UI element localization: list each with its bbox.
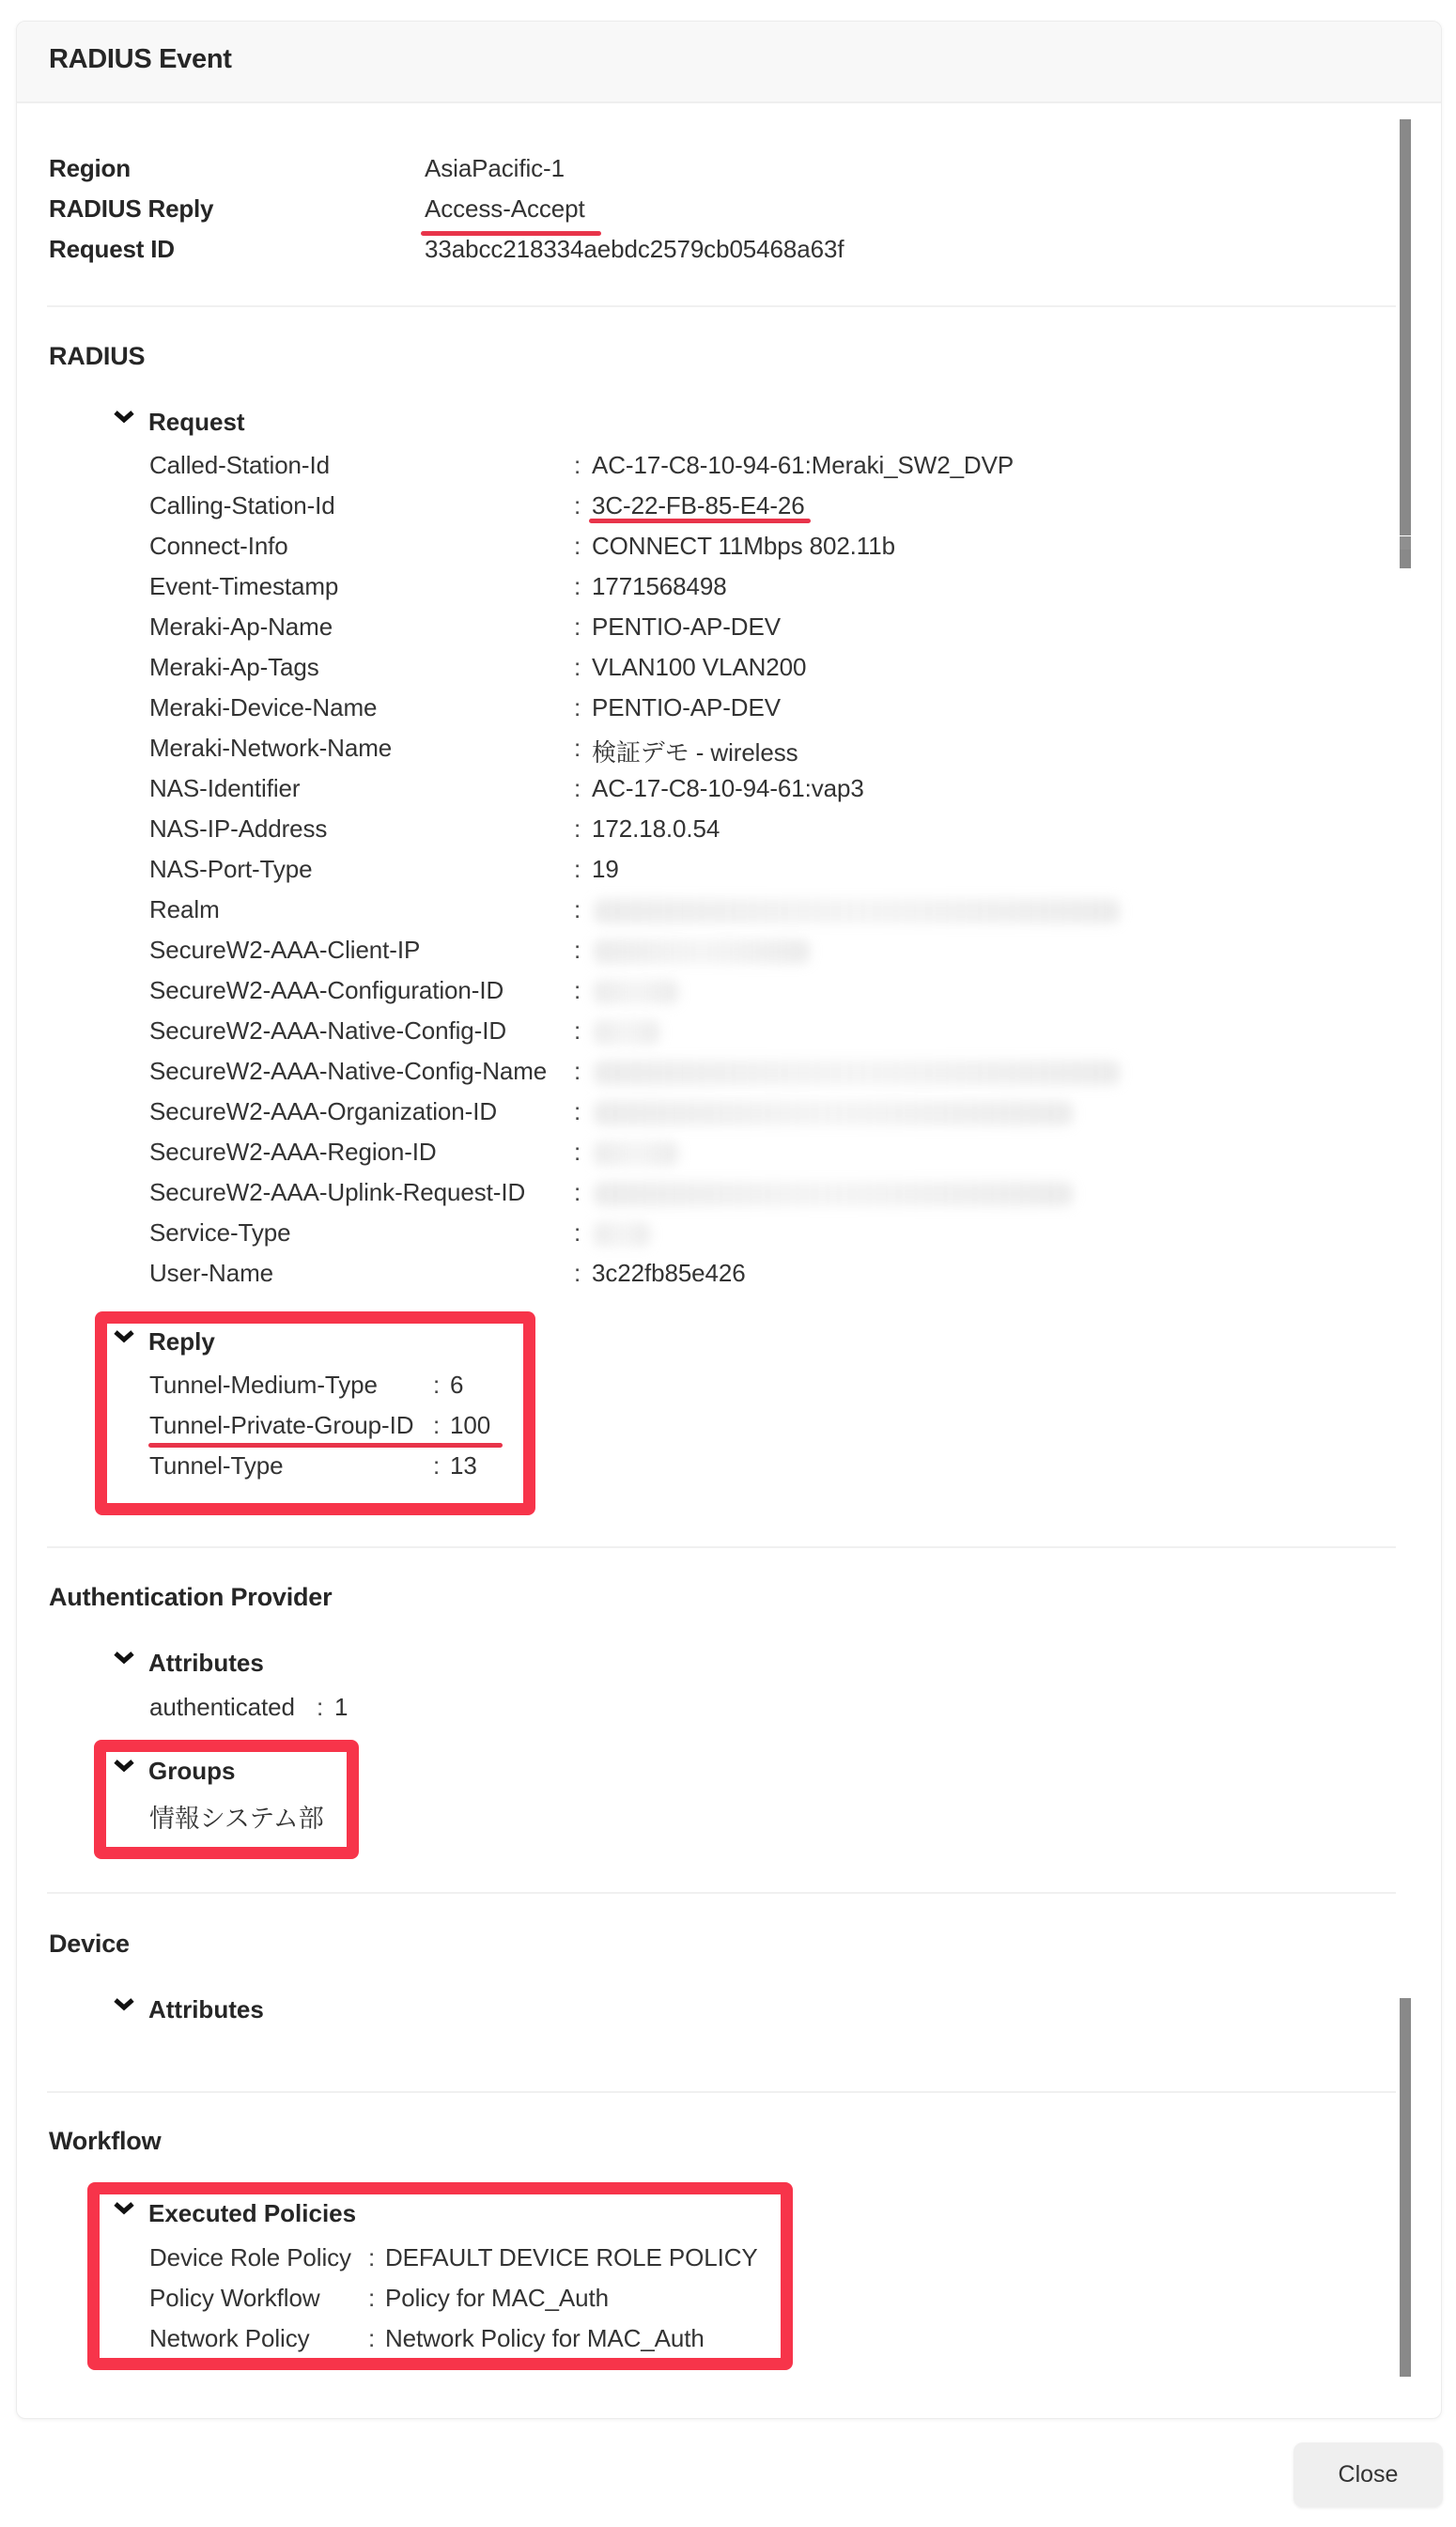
attr-separator: : <box>368 2324 375 2353</box>
request-attr-name: Service-Type <box>149 1218 291 1248</box>
chevron-down-icon[interactable] <box>113 1651 135 1666</box>
request-attr-name: SecureW2-AAA-Region-ID <box>149 1138 437 1167</box>
attr-separator: : <box>574 895 581 924</box>
group-toggle-groups[interactable]: Groups <box>148 1757 235 1786</box>
attr-separator: : <box>574 814 581 844</box>
request-attr-name: SecureW2-AAA-Organization-ID <box>149 1097 497 1126</box>
attr-name-authenticated: authenticated <box>149 1693 295 1722</box>
attr-separator: : <box>574 451 581 480</box>
dialog-title: RADIUS Event <box>49 44 232 75</box>
request-attr-value: 3C-22-FB-85-E4-26 <box>592 491 805 520</box>
request-attr-name: Calling-Station-Id <box>149 491 335 520</box>
highlight-underline-tunnel-private-group-id <box>148 1443 503 1448</box>
redacted-value <box>594 1141 678 1166</box>
section-divider <box>47 1546 1396 1548</box>
redacted-value <box>594 1182 1073 1206</box>
attr-separator: : <box>574 734 581 763</box>
request-attr-name: Meraki-Device-Name <box>149 693 377 722</box>
request-attr-value: VLAN100 VLAN200 <box>592 653 806 682</box>
attr-separator: : <box>574 774 581 803</box>
attr-separator: : <box>433 1411 440 1440</box>
summary-value-request-id: 33abcc218334aebdc2579cb05468a63f <box>425 235 844 264</box>
request-attr-name: NAS-IP-Address <box>149 814 327 844</box>
attr-separator: : <box>574 1138 581 1167</box>
chevron-down-icon[interactable] <box>113 410 135 425</box>
group-toggle-device-attributes[interactable]: Attributes <box>148 1995 264 2024</box>
request-attr-value: 172.18.0.54 <box>592 814 720 844</box>
reply-attr-value: 13 <box>450 1451 477 1481</box>
reply-attr-value: 100 <box>450 1411 490 1440</box>
attr-separator: : <box>368 2284 375 2313</box>
request-attr-name: SecureW2-AAA-Client-IP <box>149 936 420 965</box>
reply-attr-value: 6 <box>450 1371 463 1400</box>
attr-separator: : <box>574 1016 581 1046</box>
redacted-value <box>594 1020 659 1045</box>
group-toggle-reply[interactable]: Reply <box>148 1327 215 1357</box>
group-toggle-auth-attributes[interactable]: Attributes <box>148 1649 264 1678</box>
reply-attr-name: Tunnel-Type <box>149 1451 283 1481</box>
policy-name: Network Policy <box>149 2324 310 2353</box>
attr-separator: : <box>317 1693 323 1722</box>
reply-attr-name: Tunnel-Medium-Type <box>149 1371 378 1400</box>
redacted-value <box>594 980 678 1004</box>
chevron-down-icon[interactable] <box>113 1329 135 1344</box>
group-item: 情報システム部 <box>149 1798 324 1835</box>
attr-separator: : <box>574 532 581 561</box>
redacted-value <box>594 1101 1073 1125</box>
chevron-down-icon[interactable] <box>113 1759 135 1774</box>
request-attr-name: Realm <box>149 895 220 924</box>
request-attr-name: Meraki-Ap-Tags <box>149 653 319 682</box>
group-toggle-executed-policies[interactable]: Executed Policies <box>148 2199 356 2228</box>
summary-label-request-id: Request ID <box>49 235 175 264</box>
summary-value-radius-reply: Access-Accept <box>425 194 585 224</box>
scrollbar-thumb[interactable] <box>1400 119 1411 535</box>
policy-value: Network Policy for MAC_Auth <box>385 2324 705 2353</box>
attr-separator: : <box>574 855 581 884</box>
attr-separator: : <box>433 1371 440 1400</box>
request-attr-value: CONNECT 11Mbps 802.11b <box>592 532 895 561</box>
attr-separator: : <box>574 1178 581 1207</box>
attr-separator: : <box>574 1218 581 1248</box>
redacted-value <box>594 939 810 964</box>
policy-name: Policy Workflow <box>149 2284 320 2313</box>
request-attr-name: SecureW2-AAA-Native-Config-ID <box>149 1016 506 1046</box>
request-attr-name: SecureW2-AAA-Uplink-Request-ID <box>149 1178 525 1207</box>
reply-attr-name: Tunnel-Private-Group-ID <box>149 1411 413 1440</box>
request-attr-value: 3c22fb85e426 <box>592 1259 746 1288</box>
attr-separator: : <box>574 491 581 520</box>
section-title-device: Device <box>49 1930 130 1959</box>
attr-separator: : <box>574 612 581 642</box>
attr-value-authenticated: 1 <box>334 1693 348 1722</box>
scrollbar-thumb[interactable] <box>1400 1998 1411 2377</box>
attr-separator: : <box>574 693 581 722</box>
request-attr-name: SecureW2-AAA-Configuration-ID <box>149 976 503 1005</box>
attr-separator: : <box>574 1057 581 1086</box>
section-title-radius: RADIUS <box>49 342 145 371</box>
request-attr-name: Meraki-Ap-Name <box>149 612 333 642</box>
section-title-authentication-provider: Authentication Provider <box>49 1583 332 1612</box>
dialog-header: RADIUS Event <box>17 22 1441 103</box>
request-attr-value: AC-17-C8-10-94-61:vap3 <box>592 774 864 803</box>
request-attr-name: NAS-Port-Type <box>149 855 313 884</box>
redacted-value <box>594 1061 1120 1085</box>
section-divider <box>47 1892 1396 1894</box>
section-divider <box>47 305 1396 307</box>
attr-separator: : <box>574 976 581 1005</box>
request-attr-value: PENTIO-AP-DEV <box>592 612 781 642</box>
section-divider <box>47 2091 1396 2093</box>
request-attr-name: User-Name <box>149 1259 273 1288</box>
request-attr-name: Called-Station-Id <box>149 451 330 480</box>
chevron-down-icon[interactable] <box>113 1997 135 2012</box>
request-attr-value: AC-17-C8-10-94-61:Meraki_SW2_DVP <box>592 451 1014 480</box>
attr-separator: : <box>433 1451 440 1481</box>
request-attr-name: Event-Timestamp <box>149 572 338 601</box>
attr-separator: : <box>574 1097 581 1126</box>
policy-value: DEFAULT DEVICE ROLE POLICY <box>385 2243 758 2272</box>
policy-name: Device Role Policy <box>149 2243 351 2272</box>
summary-label-radius-reply: RADIUS Reply <box>49 194 213 224</box>
policy-value: Policy for MAC_Auth <box>385 2284 609 2313</box>
redacted-value <box>594 1222 650 1247</box>
request-attr-name: Meraki-Network-Name <box>149 734 392 763</box>
request-attr-name: NAS-Identifier <box>149 774 300 803</box>
close-button[interactable]: Close <box>1293 2442 1443 2507</box>
summary-label-region: Region <box>49 154 131 183</box>
request-attr-name: Connect-Info <box>149 532 288 561</box>
attr-separator: : <box>368 2243 375 2272</box>
scrollbar-thumb[interactable] <box>1400 550 1411 568</box>
request-attr-value: PENTIO-AP-DEV <box>592 693 781 722</box>
attr-separator: : <box>574 936 581 965</box>
request-attr-value: 19 <box>592 855 619 884</box>
attr-separator: : <box>574 653 581 682</box>
request-attr-value: 1771568498 <box>592 572 727 601</box>
request-attr-name: SecureW2-AAA-Native-Config-Name <box>149 1057 547 1086</box>
summary-value-region: AsiaPacific-1 <box>425 154 565 183</box>
request-attr-value: 検証デモ - wireless <box>592 734 798 768</box>
attr-separator: : <box>574 1259 581 1288</box>
chevron-down-icon[interactable] <box>113 2201 135 2216</box>
group-toggle-request[interactable]: Request <box>148 408 245 437</box>
attr-separator: : <box>574 572 581 601</box>
section-title-workflow: Workflow <box>49 2127 161 2156</box>
redacted-value <box>594 899 1120 923</box>
highlight-underline-calling-station-id <box>589 519 811 523</box>
